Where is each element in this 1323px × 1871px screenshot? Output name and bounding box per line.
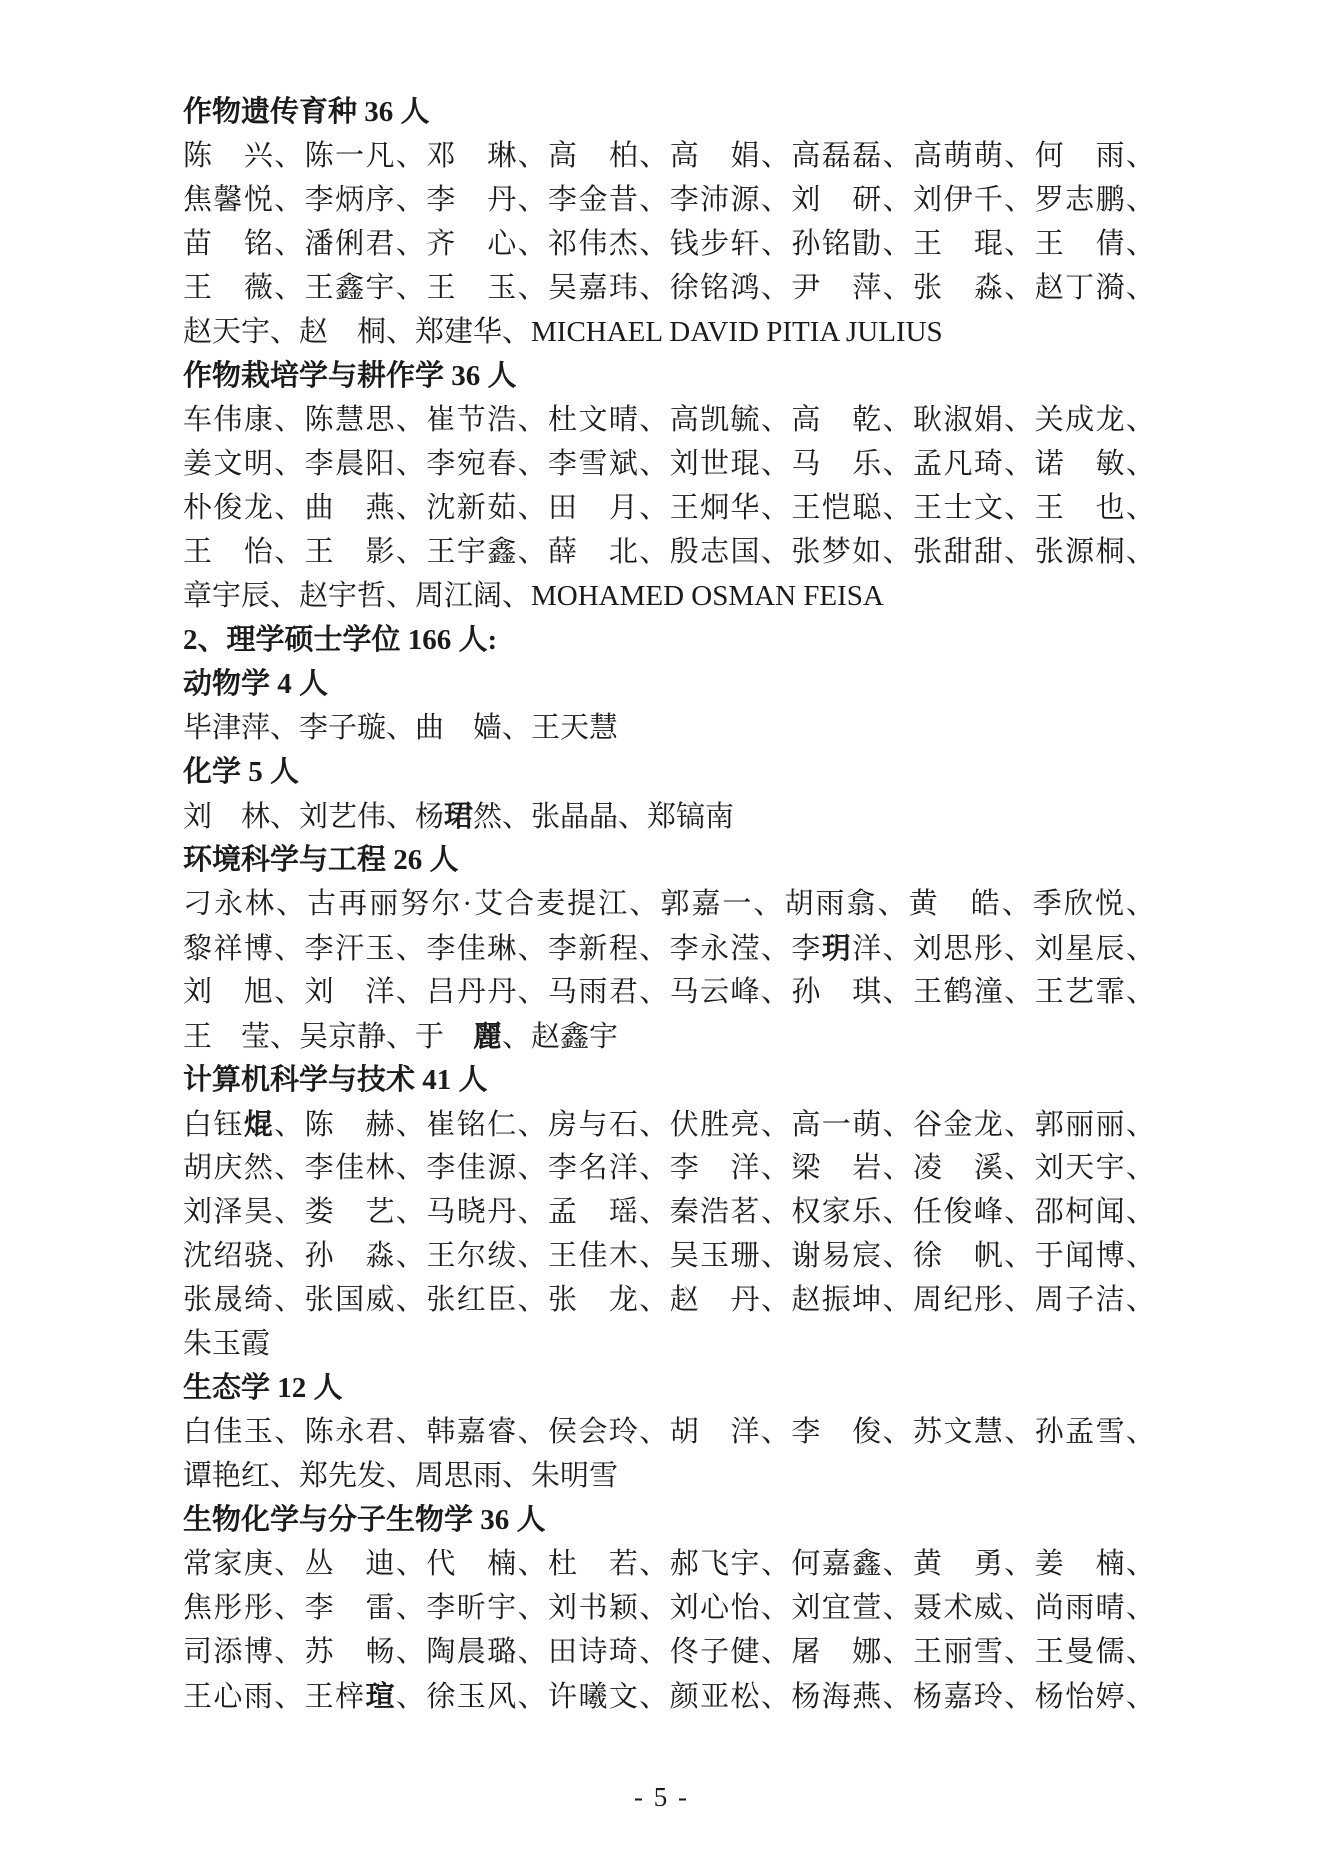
- name-list-line: 姜文明、李晨阳、李宛春、李雪斌、刘世琨、马 乐、孟凡琦、诺 敏、: [183, 442, 1155, 486]
- fallback-font-char: 焜: [244, 1107, 274, 1141]
- name-list-line: 谭艳红、郑先发、周思雨、朱明雪: [183, 1454, 1155, 1498]
- name-list-line: 王 莹、吴京静、于 麗、赵鑫宇: [183, 1014, 1155, 1058]
- name-list-line: 王 薇、王鑫宇、王 玉、吴嘉玮、徐铭鸿、尹 萍、张 淼、赵丁漪、: [183, 266, 1155, 310]
- fallback-font-char: 珺: [444, 799, 473, 833]
- name-list-line: 张晟绮、张国威、张红臣、张 龙、赵 丹、赵振坤、周纪彤、周子洁、: [183, 1278, 1155, 1322]
- name-list-line: 焦彤彤、李 雷、李昕宇、刘书颖、刘心怡、刘宜萱、聂术威、尚雨晴、: [183, 1586, 1155, 1630]
- name-list-line: 白佳玉、陈永君、韩嘉睿、侯会玲、胡 洋、李 俊、苏文慧、孙孟雪、: [183, 1410, 1155, 1454]
- section-heading: 生物化学与分子生物学 36 人: [183, 1498, 1155, 1542]
- name-list-line: 陈 兴、陈一凡、邓 琳、高 柏、高 娟、高磊磊、高萌萌、何 雨、: [183, 134, 1155, 178]
- section-heading: 计算机科学与技术 41 人: [183, 1058, 1155, 1102]
- section-heading: 动物学 4 人: [183, 662, 1155, 706]
- name-list-line: 焦馨悦、李炳序、李 丹、李金昔、李沛源、刘 研、刘伊千、罗志鹏、: [183, 178, 1155, 222]
- section-heading: 化学 5 人: [183, 750, 1155, 794]
- name-list-line: 白钰焜、陈 赫、崔铭仁、房与石、伏胜亮、高一萌、谷金龙、郭丽丽、: [183, 1102, 1155, 1146]
- document-page: 作物遗传育种 36 人陈 兴、陈一凡、邓 琳、高 柏、高 娟、高磊磊、高萌萌、何…: [0, 0, 1323, 1871]
- fallback-font-char: 玥: [822, 931, 852, 965]
- name-list-line: 刘泽昊、娄 艺、马晓丹、孟 瑶、秦浩茗、权家乐、任俊峰、邵柯闻、: [183, 1190, 1155, 1234]
- section-heading: 2、理学硕士学位 166 人:: [183, 618, 1155, 662]
- name-list-line: 黎祥博、李汗玉、李佳琳、李新程、李永滢、李玥洋、刘思彤、刘星辰、: [183, 926, 1155, 970]
- section-heading: 作物栽培学与耕作学 36 人: [183, 354, 1155, 398]
- page-number: - 5 -: [0, 1782, 1323, 1813]
- name-list-line: 朱玉霞: [183, 1322, 1155, 1366]
- document-body: 作物遗传育种 36 人陈 兴、陈一凡、邓 琳、高 柏、高 娟、高磊磊、高萌萌、何…: [183, 90, 1155, 1718]
- name-list-line: 王心雨、王梓瑄、徐玉风、许曦文、颜亚松、杨海燕、杨嘉玲、杨怡婷、: [183, 1674, 1155, 1718]
- name-list-line: 赵天宇、赵 桐、郑建华、MICHAEL DAVID PITIA JULIUS: [183, 310, 1155, 354]
- fallback-font-char: 瑄: [366, 1679, 396, 1713]
- section-heading: 作物遗传育种 36 人: [183, 90, 1155, 134]
- name-list-line: 王 怡、王 影、王宇鑫、薛 北、殷志国、张梦如、张甜甜、张源桐、: [183, 530, 1155, 574]
- section-heading: 生态学 12 人: [183, 1366, 1155, 1410]
- name-list-line: 苗 铭、潘俐君、齐 心、祁伟杰、钱步轩、孙铭勖、王 琨、王 倩、: [183, 222, 1155, 266]
- fallback-font-char: 麗: [473, 1019, 502, 1053]
- name-list-line: 车伟康、陈慧思、崔节浩、杜文晴、高凯毓、高 乾、耿淑娟、关成龙、: [183, 398, 1155, 442]
- name-list-line: 章宇辰、赵宇哲、周江阔、MOHAMED OSMAN FEISA: [183, 574, 1155, 618]
- name-list-line: 朴俊龙、曲 燕、沈新茹、田 月、王炯华、王恺聪、王士文、王 也、: [183, 486, 1155, 530]
- name-list-line: 刁永林、古再丽努尔·艾合麦提江、郭嘉一、胡雨翕、黄 皓、季欣悦、: [183, 882, 1155, 926]
- name-list-line: 毕津萍、李子璇、曲 嫱、王天慧: [183, 706, 1155, 750]
- section-heading: 环境科学与工程 26 人: [183, 838, 1155, 882]
- name-list-line: 刘 林、刘艺伟、杨珺然、张晶晶、郑镐南: [183, 794, 1155, 838]
- name-list-line: 司添博、苏 畅、陶晨璐、田诗琦、佟子健、屠 娜、王丽雪、王曼儒、: [183, 1630, 1155, 1674]
- name-list-line: 沈绍骁、孙 淼、王尔绂、王佳木、吴玉珊、谢易宸、徐 帆、于闻博、: [183, 1234, 1155, 1278]
- name-list-line: 常家庚、丛 迪、代 楠、杜 若、郝飞宇、何嘉鑫、黄 勇、姜 楠、: [183, 1542, 1155, 1586]
- name-list-line: 胡庆然、李佳林、李佳源、李名洋、李 洋、梁 岩、凌 溪、刘天宇、: [183, 1146, 1155, 1190]
- name-list-line: 刘 旭、刘 洋、吕丹丹、马雨君、马云峰、孙 琪、王鹤潼、王艺霏、: [183, 970, 1155, 1014]
